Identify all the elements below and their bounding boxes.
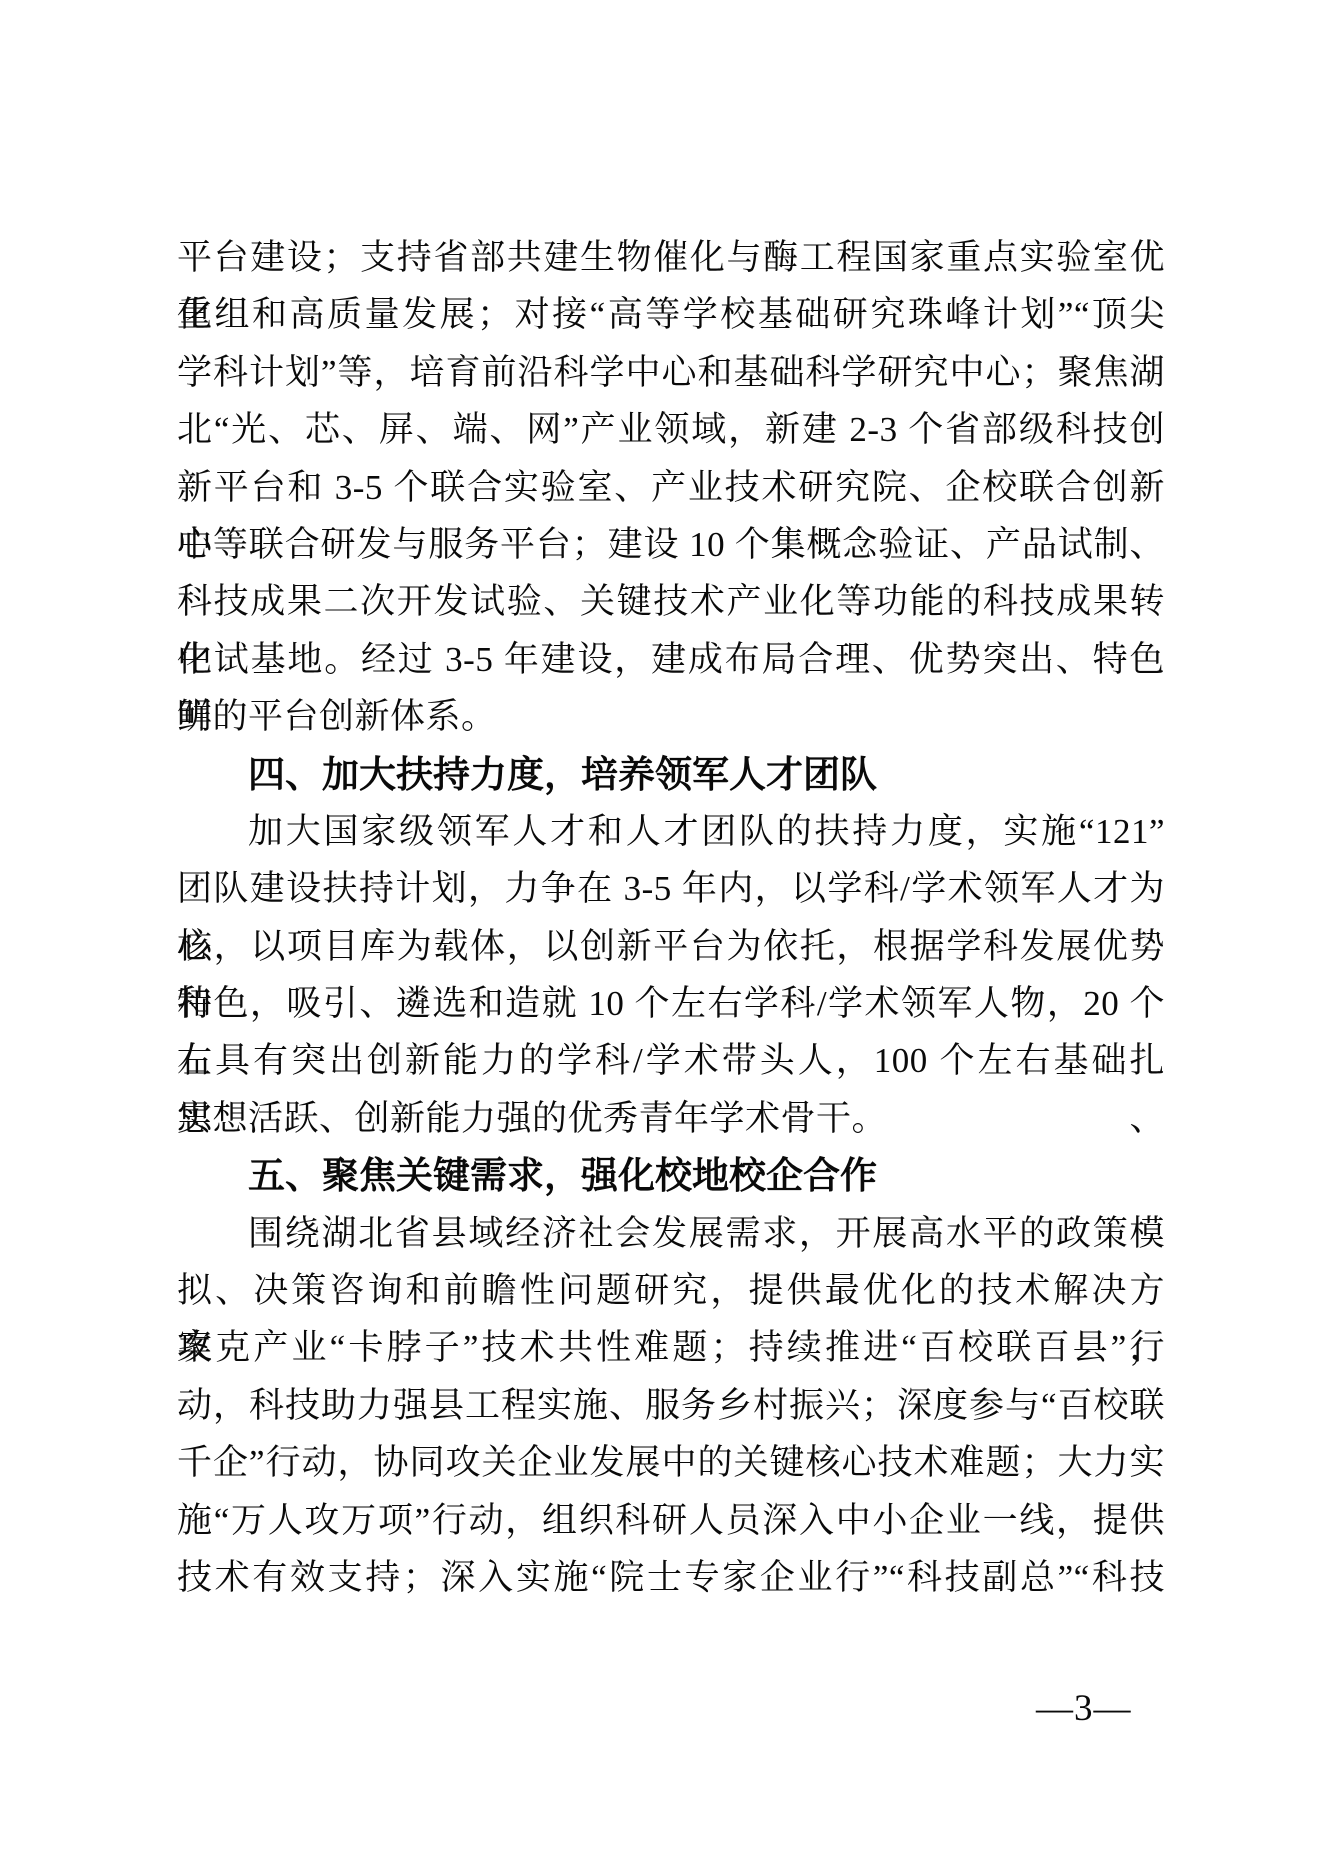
page-number: —3— <box>1036 1689 1132 1729</box>
text-line: 围绕湖北省县域经济社会发展需求，开展高水平的政策模 <box>177 1205 1165 1262</box>
text-line: 学科计划”等，培育前沿科学中心和基础科学研究中心；聚焦湖 <box>177 344 1165 401</box>
text-line: 技术有效支持；深入实施“院士专家企业行”“科技副总”“科技 <box>177 1549 1165 1606</box>
text-line: 右具有突出创新能力的学科/学术带头人，100 个左右基础扎实、 <box>177 1032 1165 1089</box>
document-text-block: 平台建设；支持省部共建生物催化与酶工程国家重点实验室优化 重组和高质量发展；对接… <box>177 229 1165 1606</box>
text-line: 北“光、芯、屏、端、网”产业领域，新建 2-3 个省部级科技创 <box>177 401 1165 458</box>
text-line: 心等联合研发与服务平台；建设 10 个集概念验证、产品试制、 <box>177 516 1165 573</box>
text-line: 拟、决策咨询和前瞻性问题研究，提供最优化的技术解决方案， <box>177 1262 1165 1319</box>
text-line: 明的平台创新体系。 <box>177 688 1165 745</box>
text-line: 加大国家级领军人才和人才团队的扶持力度，实施“121” <box>177 803 1165 860</box>
text-line: 攻克产业“卡脖子”技术共性难题；持续推进“百校联百县”行 <box>177 1319 1165 1376</box>
text-line: 施“万人攻万项”行动，组织科研人员深入中小企业一线，提供 <box>177 1492 1165 1549</box>
document-page: 平台建设；支持省部共建生物催化与酶工程国家重点实验室优化 重组和高质量发展；对接… <box>0 0 1323 1871</box>
text-line: 中试基地。经过 3-5 年建设，建成布局合理、优势突出、特色鲜 <box>177 631 1165 688</box>
text-line: 千企”行动，协同攻关企业发展中的关键核心技术难题；大力实 <box>177 1434 1165 1491</box>
text-line: 科技成果二次开发试验、关键技术产业化等功能的科技成果转化 <box>177 573 1165 630</box>
text-line: 动，科技助力强县工程实施、服务乡村振兴；深度参与“百校联 <box>177 1377 1165 1434</box>
text-line: 心，以项目库为载体，以创新平台为依托，根据学科发展优势和 <box>177 918 1165 975</box>
text-line: 平台建设；支持省部共建生物催化与酶工程国家重点实验室优化 <box>177 229 1165 286</box>
text-line: 团队建设扶持计划，力争在 3-5 年内，以学科/学术领军人才为核 <box>177 860 1165 917</box>
text-line: 特色，吸引、遴选和造就 10 个左右学科/学术领军人物，20 个左 <box>177 975 1165 1032</box>
text-line: 新平台和 3-5 个联合实验室、产业技术研究院、企校联合创新中 <box>177 459 1165 516</box>
section-heading-5: 五、聚焦关键需求，强化校地校企合作 <box>177 1147 1165 1204</box>
text-line: 重组和高质量发展；对接“高等学校基础研究珠峰计划”“顶尖 <box>177 286 1165 343</box>
section-heading-4: 四、加大扶持力度，培养领军人才团队 <box>177 746 1165 803</box>
